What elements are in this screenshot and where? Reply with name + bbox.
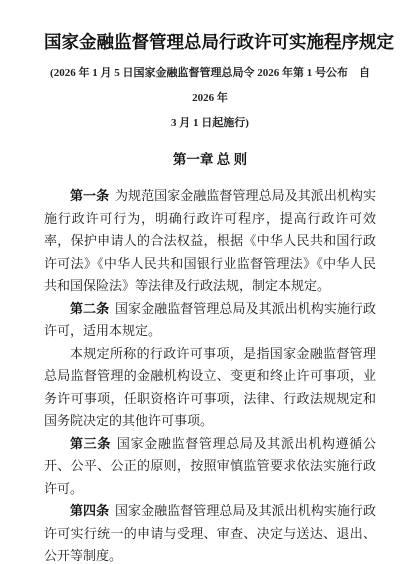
article-number: 第一条 xyxy=(70,188,109,203)
paragraph: 第四条国家金融监督管理总局及其派出机构实施行政许可实行统一的申请与受理、审查、决… xyxy=(44,500,376,564)
article-number: 第二条 xyxy=(70,301,109,316)
paragraph-text: 本规定所称的行政许可事项，是指国家金融监督管理总局监督管理的金融机构设立、变更和… xyxy=(44,346,376,429)
chapter-heading: 第一章 总 则 xyxy=(44,151,376,170)
paragraph: 第二条国家金融监督管理总局及其派出机构实施行政许可，适用本规定。 xyxy=(44,298,376,343)
document-title: 国家金融监督管理总局行政许可实施程序规定 xyxy=(44,30,376,55)
paragraph: 本规定所称的行政许可事项，是指国家金融监督管理总局监督管理的金融机构设立、变更和… xyxy=(44,343,376,433)
article-number: 第三条 xyxy=(70,436,111,451)
paragraph: 第一条为规范国家金融监督管理总局及其派出机构实施行政许可行为，明确行政许可程序，… xyxy=(44,185,376,298)
subtitle-line-1: (2026 年 1 月 5 日国家金融监督管理总局令 2026 年第 1 号公布… xyxy=(44,61,376,111)
article-number: 第四条 xyxy=(70,503,109,518)
document-subtitle: (2026 年 1 月 5 日国家金融监督管理总局令 2026 年第 1 号公布… xyxy=(44,61,376,136)
document-page: 国家金融监督管理总局行政许可实施程序规定 (2026 年 1 月 5 日国家金融… xyxy=(0,0,419,564)
document-body: 第一条为规范国家金融监督管理总局及其派出机构实施行政许可行为，明确行政许可程序，… xyxy=(44,185,376,564)
paragraph-text: 为规范国家金融监督管理总局及其派出机构实施行政许可行为，明确行政许可程序，提高行… xyxy=(44,188,376,293)
paragraph: 第三条国家金融监督管理总局及其派出机构遵循公开、公平、公正的原则，按照审慎监管要… xyxy=(44,433,376,501)
subtitle-line-2: 3 月 1 日起施行) xyxy=(44,111,376,136)
